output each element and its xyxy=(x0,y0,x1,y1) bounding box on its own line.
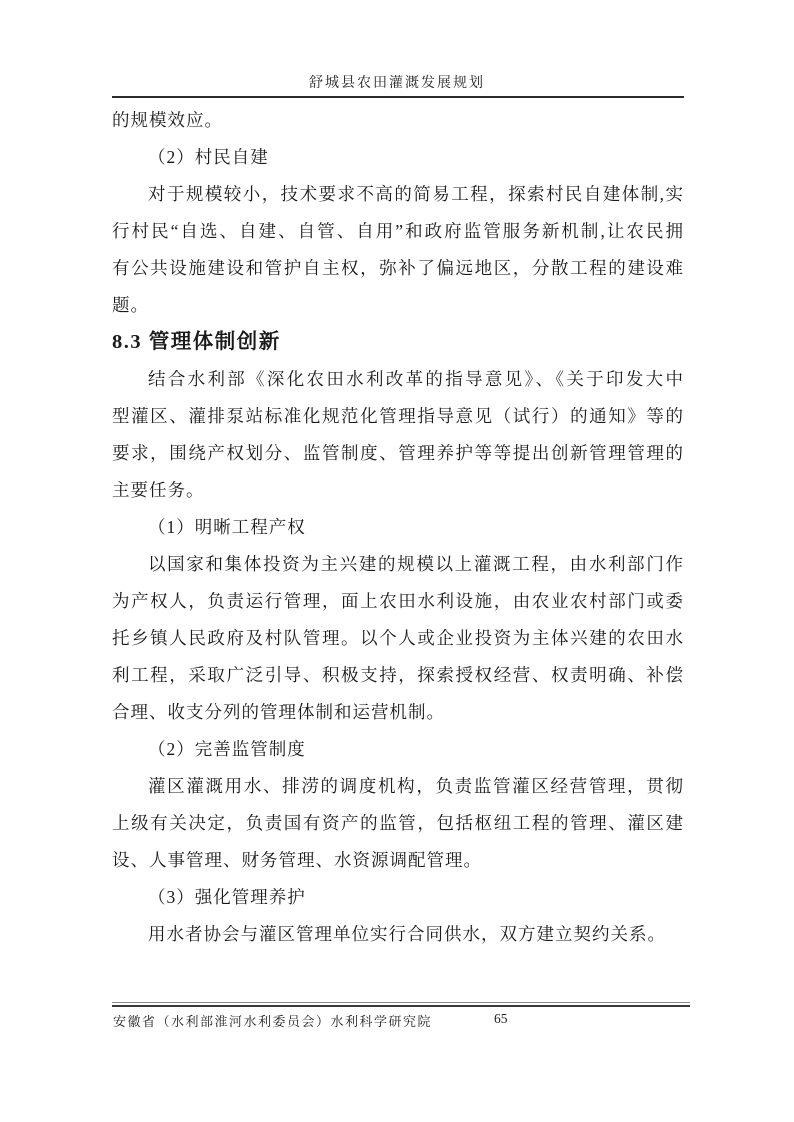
header-rule xyxy=(112,96,684,98)
section-heading: 8.3 管理体制创新 xyxy=(112,324,684,361)
text-line: 用水者协会与灌区管理单位实行合同供水，双方建立契约关系。 xyxy=(112,916,684,953)
running-header-title: 舒城县农田灌溉发展规划 xyxy=(0,72,794,92)
text-line: 型灌区、灌排泵站标准化规范化管理指导意见（试行）的通知》等的 xyxy=(112,398,684,435)
text-line: 合理、收支分列的管理体制和运营机制。 xyxy=(112,694,684,731)
text-line: 设、人事管理、财务管理、水资源调配管理。 xyxy=(112,842,684,879)
text-line: 托乡镇人民政府及村队管理。以个人或企业投资为主体兴建的农田水 xyxy=(112,620,684,657)
text-line: 对于规模较小，技术要求不高的简易工程，探索村民自建体制,实 xyxy=(112,176,684,213)
text-line: 利工程，采取广泛引导、积极支持，探索授权经营、权责明确、补偿 xyxy=(112,657,684,694)
footer-institution: 安徽省（水利部淮河水利委员会）水利科学研究院 xyxy=(113,1011,432,1030)
text-line: 主要任务。 xyxy=(112,472,684,509)
text-line: 要求，围绕产权划分、监管制度、管理养护等等提出创新管理管理的 xyxy=(112,435,684,472)
list-item-heading: （3）强化管理养护 xyxy=(112,879,684,916)
list-item-heading: （1）明晰工程产权 xyxy=(112,509,684,546)
text-line: 为产权人，负责运行管理，面上农田水利设施，由农业农村部门或委 xyxy=(112,583,684,620)
list-item-heading: （2）完善监管制度 xyxy=(112,731,684,768)
page-number: 65 xyxy=(494,1011,508,1027)
text-line: 有公共设施建设和管护自主权，弥补了偏远地区，分散工程的建设难 xyxy=(112,250,684,287)
document-body: 的规模效应。 （2）村民自建 对于规模较小，技术要求不高的简易工程，探索村民自建… xyxy=(112,102,684,953)
text-line: 的规模效应。 xyxy=(112,102,684,139)
text-line: 结合水利部《深化农田水利改革的指导意见》、《关于印发大中 xyxy=(112,361,684,398)
text-line: 以国家和集体投资为主兴建的规模以上灌溉工程，由水利部门作 xyxy=(112,546,684,583)
document-page: 舒城县农田灌溉发展规划 的规模效应。 （2）村民自建 对于规模较小，技术要求不高… xyxy=(0,0,794,1122)
footer-rule xyxy=(112,1002,690,1007)
text-line: 上级有关决定，负责国有资产的监管，包括枢纽工程的管理、灌区建 xyxy=(112,805,684,842)
text-line: 题。 xyxy=(112,287,684,324)
text-line: 行村民“自选、自建、自管、自用”和政府监管服务新机制,让农民拥 xyxy=(112,213,684,250)
list-item-heading: （2）村民自建 xyxy=(112,139,684,176)
text-line: 灌区灌溉用水、排涝的调度机构，负责监管灌区经营管理，贯彻 xyxy=(112,768,684,805)
